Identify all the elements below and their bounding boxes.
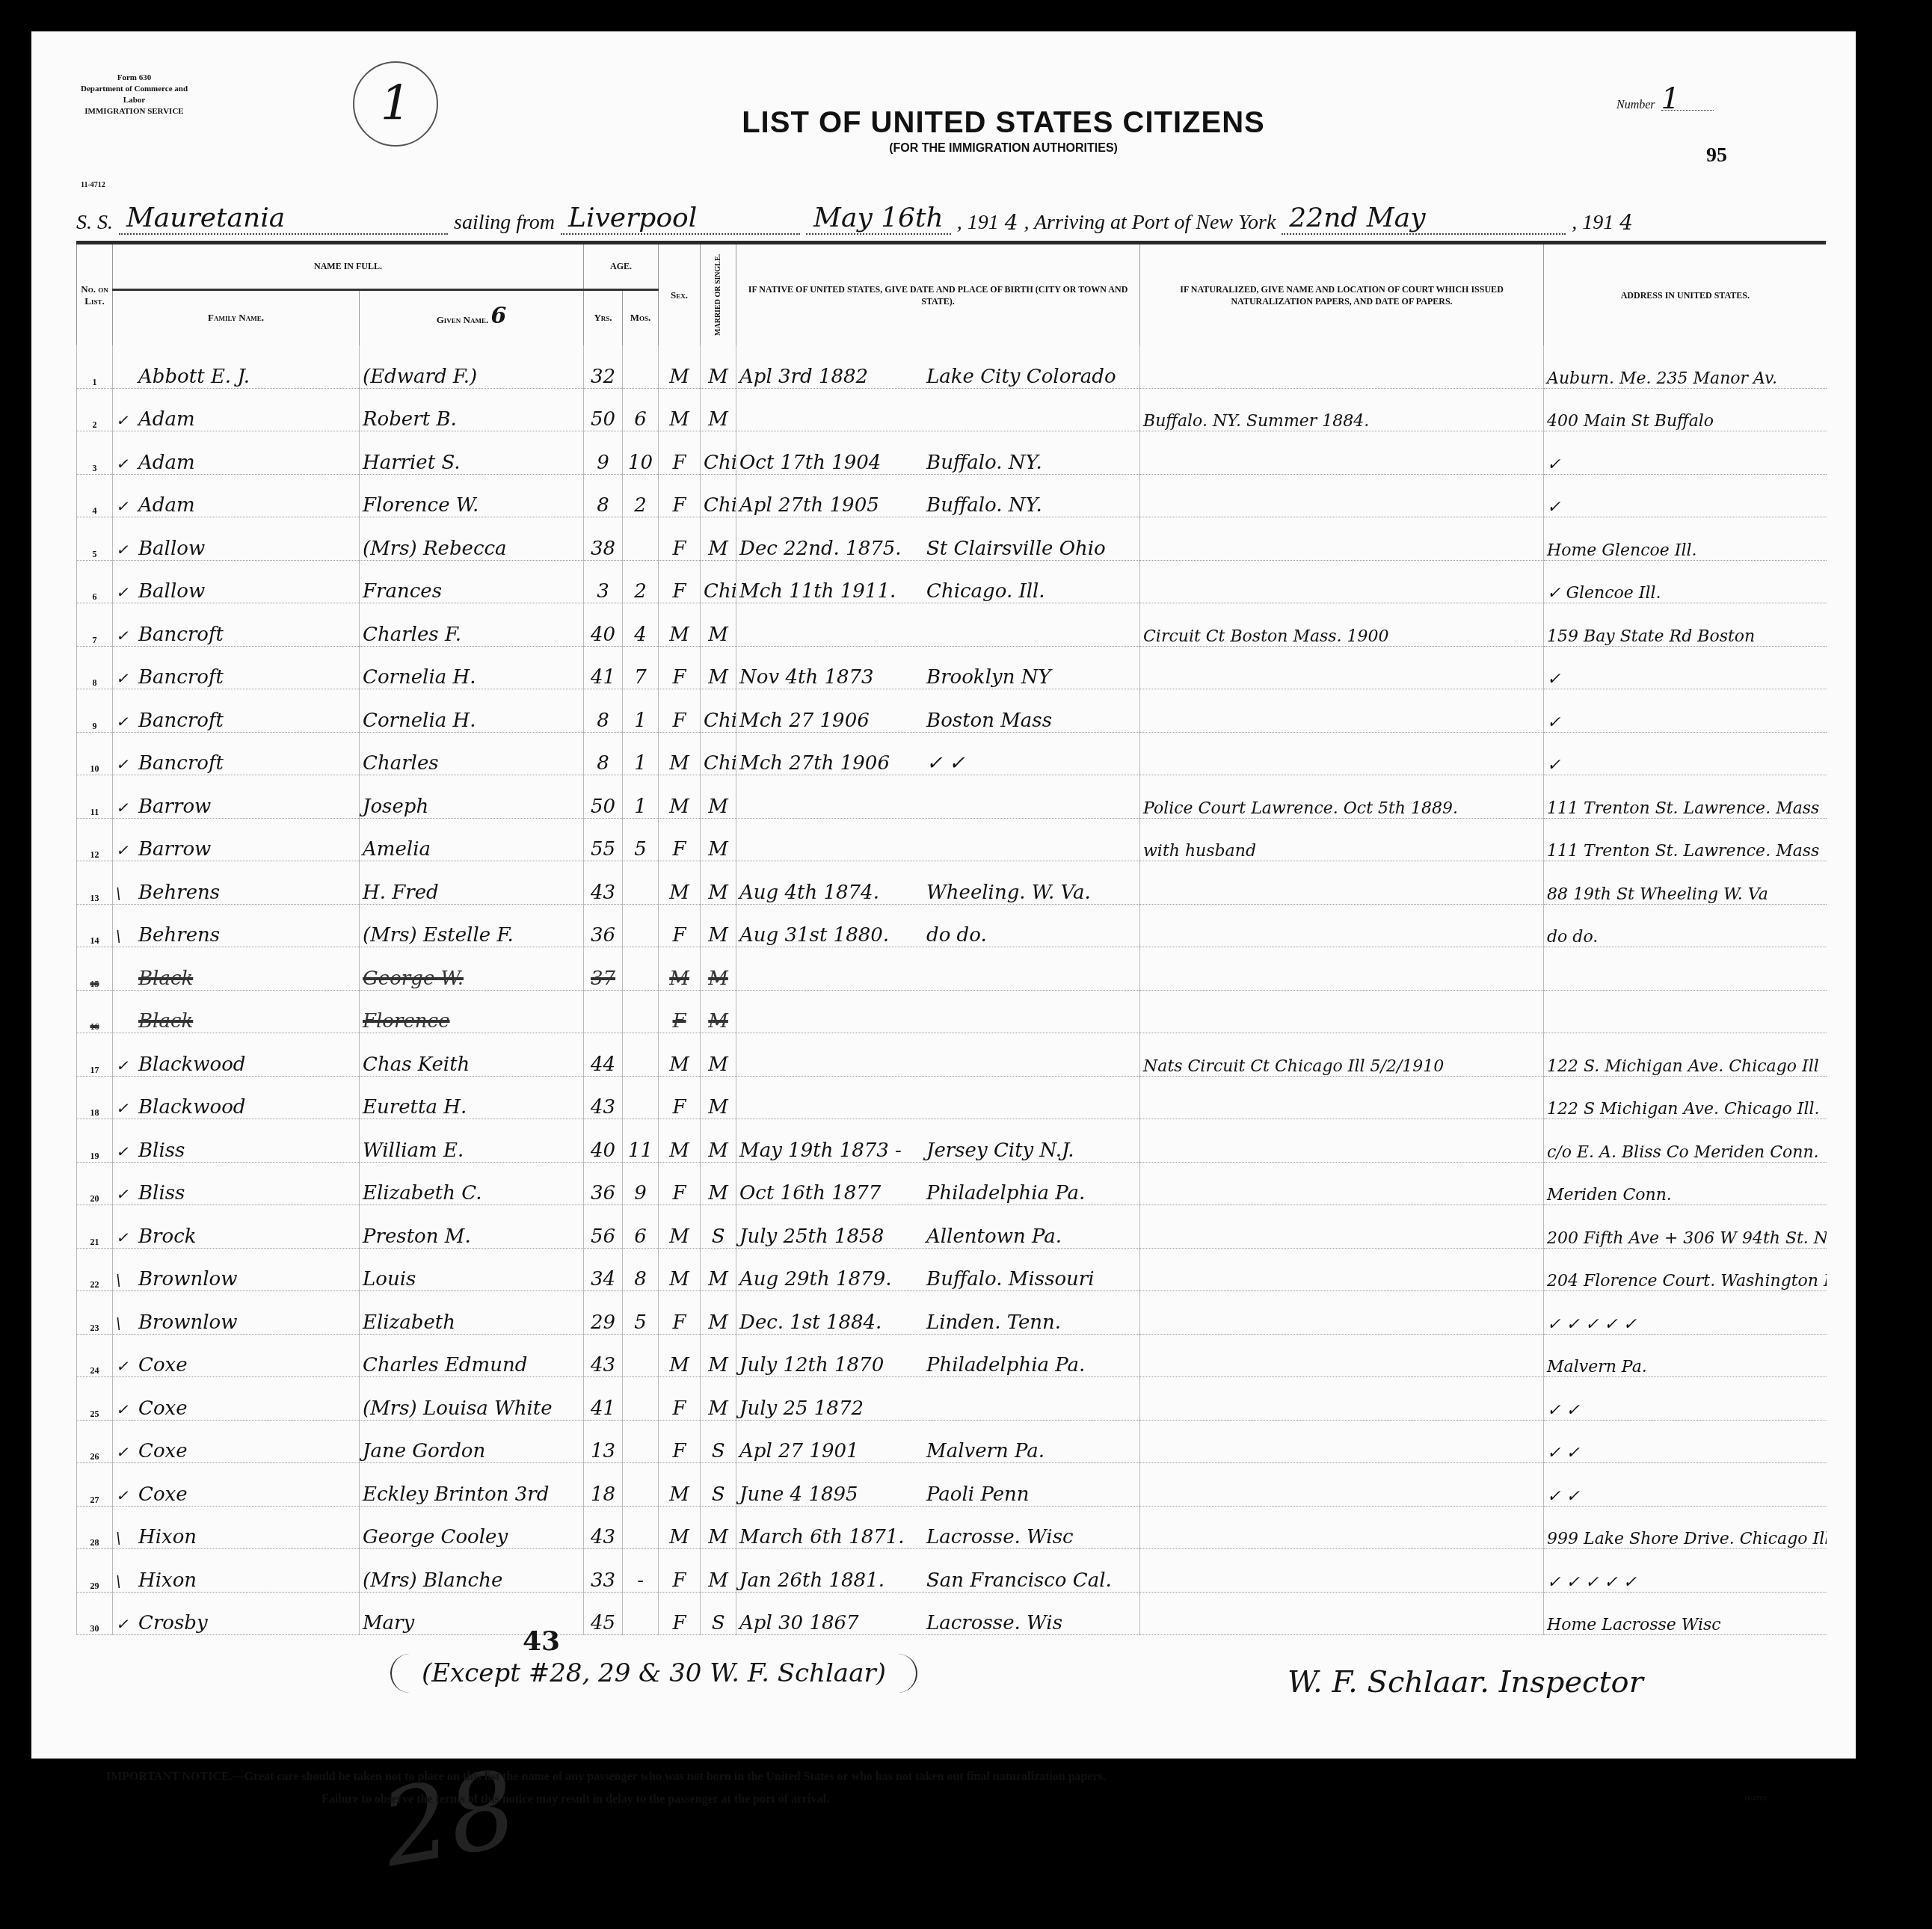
birth-date: July 25th 1858 <box>739 1225 926 1248</box>
cell-family-name: ✓Adam <box>113 474 360 517</box>
cell-row-number: 7 <box>77 603 113 647</box>
cell-row-number: 19 <box>77 1119 113 1163</box>
cell-birth-info: Mch 11th 1911.Chicago. Ill. <box>736 560 1140 603</box>
cell-row-number: 12 <box>77 818 113 861</box>
cell-sex: F <box>659 689 701 733</box>
cell-age-months <box>623 1506 659 1549</box>
cell-sex: M <box>659 345 701 388</box>
cell-marital-status: S <box>701 1592 736 1635</box>
cell-family-name: ✓Bancroft <box>113 646 360 689</box>
list-number-label: Number <box>1616 99 1655 111</box>
cell-naturalization: Circuit Ct Boston Mass. 1900 <box>1140 603 1544 647</box>
birth-date: July 12th 1870 <box>739 1354 926 1376</box>
cell-given-name: Amelia <box>360 818 584 861</box>
birth-place: Lacrosse. Wis <box>926 1612 1062 1634</box>
birth-place: Paoli Penn <box>926 1483 1030 1506</box>
birth-place: do do. <box>926 924 987 947</box>
cell-sex: F <box>659 646 701 689</box>
birth-date: Jan 26th 1881. <box>739 1569 926 1592</box>
cell-marital-status: S <box>701 1420 736 1463</box>
birth-date: Apl 3rd 1882 <box>739 366 926 388</box>
cell-family-name: ✓Blackwood <box>113 1076 360 1119</box>
table-row: 19✓BlissWilliam E.4011MMMay 19th 1873 -J… <box>77 1119 1827 1163</box>
cell-given-name: Joseph <box>360 775 584 819</box>
cell-birth-info: Oct 17th 1904Buffalo. NY. <box>736 431 1140 475</box>
cell-age-months: 7 <box>623 646 659 689</box>
cell-naturalization <box>1140 1162 1544 1205</box>
cell-row-number: 15 <box>77 947 113 991</box>
cell-address: ✓ <box>1544 732 1827 775</box>
birth-date: Nov 4th 1873 <box>739 666 926 689</box>
checkmark-icon: ✓ <box>116 1400 138 1418</box>
cell-age-years: 43 <box>584 1506 623 1549</box>
cell-row-number: 1 <box>77 345 113 388</box>
cell-marital-status: M <box>701 517 736 561</box>
cell-family-name: ✓Barrow <box>113 818 360 861</box>
cell-age-years: 9 <box>584 431 623 475</box>
cell-age-months: 8 <box>623 1248 659 1291</box>
family-name-text: Adam <box>138 408 195 431</box>
family-name-text: Brownlow <box>138 1268 237 1290</box>
cell-row-number: 5 <box>77 517 113 561</box>
birth-place: ✓ ✓ <box>926 752 965 775</box>
checkmark-icon: ✓ <box>116 1099 138 1117</box>
birth-date: March 6th 1871. <box>739 1526 926 1548</box>
family-name-text: Coxe <box>138 1397 188 1420</box>
cell-sex: F <box>659 1549 701 1593</box>
table-row: 17✓BlackwoodChas Keith44MMNats Circuit C… <box>77 1033 1827 1077</box>
cell-age-years: 13 <box>584 1420 623 1463</box>
col-age-mos: Mos. <box>623 289 659 345</box>
cell-naturalization <box>1140 1205 1544 1249</box>
cell-address: Meriden Conn. <box>1544 1162 1827 1205</box>
cell-row-number: 2 <box>77 388 113 431</box>
cell-naturalization <box>1140 1248 1544 1291</box>
cell-age-months: 2 <box>623 474 659 517</box>
table-row: 11✓BarrowJoseph501MMPolice Court Lawrenc… <box>77 775 1827 819</box>
cell-sex: M <box>659 947 701 991</box>
table-row: 22\BrownlowLouis348MMAug 29th 1879.Buffa… <box>77 1248 1827 1291</box>
departure-date: May 16th <box>806 203 951 235</box>
cell-family-name: ✓Ballow <box>113 517 360 561</box>
birth-date: Aug 31st 1880. <box>739 924 926 947</box>
cell-family-name: ✓Bancroft <box>113 689 360 733</box>
family-name-text: Behrens <box>138 882 220 904</box>
sailing-label: sailing from <box>454 211 555 235</box>
cell-sex: F <box>659 1291 701 1335</box>
col-age: Age. <box>584 244 659 289</box>
departure-year-prefix: , 191 <box>957 211 999 235</box>
cell-naturalization <box>1140 345 1544 388</box>
birth-place: Brooklyn NY <box>926 666 1051 689</box>
cell-marital-status: M <box>701 388 736 431</box>
list-number: Number 1 <box>1616 87 1714 112</box>
cell-given-name: Elizabeth <box>360 1291 584 1335</box>
checkmark-icon: \ <box>116 1572 138 1590</box>
family-name-text: Barrow <box>138 796 211 818</box>
family-name-text: Barrow <box>138 838 211 861</box>
cell-birth-info <box>736 947 1140 991</box>
checkmark-icon: ✓ <box>116 755 138 773</box>
cell-age-months <box>623 1334 659 1377</box>
cell-marital-status: M <box>701 345 736 388</box>
cell-address: ✓ ✓ <box>1544 1377 1827 1421</box>
cell-naturalization <box>1140 474 1544 517</box>
cell-given-name: (Edward F.) <box>360 345 584 388</box>
cell-row-number: 18 <box>77 1076 113 1119</box>
cell-given-name: Louis <box>360 1248 584 1291</box>
cell-marital-status: M <box>701 904 736 947</box>
cell-address: ✓ <box>1544 431 1827 475</box>
cell-age-years: 44 <box>584 1033 623 1077</box>
cell-address: 88 19th St Wheeling W. Va <box>1544 861 1827 905</box>
cell-age-months <box>623 1377 659 1421</box>
cell-given-name: Florence W. <box>360 474 584 517</box>
cell-row-number: 29 <box>77 1549 113 1593</box>
cell-age-months <box>623 1592 659 1635</box>
cell-address <box>1544 947 1827 991</box>
cell-address: ✓ <box>1544 689 1827 733</box>
cell-naturalization: with husband <box>1140 818 1544 861</box>
cell-address: ✓ ✓ ✓ ✓ ✓ <box>1544 1291 1827 1335</box>
birth-place: Allentown Pa. <box>926 1225 1062 1248</box>
table-row: 24✓CoxeCharles Edmund43MMJuly 12th 1870P… <box>77 1334 1827 1377</box>
cell-family-name: Black <box>113 990 360 1033</box>
cell-marital-status: S <box>701 1205 736 1249</box>
checkmark-icon: \ <box>116 884 138 902</box>
cell-birth-info: Aug 29th 1879.Buffalo. Missouri <box>736 1248 1140 1291</box>
cell-family-name: \Hixon <box>113 1549 360 1593</box>
checkmark-icon: ✓ <box>116 1357 138 1375</box>
family-name-text: Adam <box>138 494 195 517</box>
cell-row-number: 6 <box>77 560 113 603</box>
cell-naturalization <box>1140 1334 1544 1377</box>
cell-age-years: 36 <box>584 904 623 947</box>
cell-naturalization <box>1140 1463 1544 1507</box>
family-name-text: Brownlow <box>138 1311 237 1334</box>
cell-birth-info <box>736 818 1140 861</box>
cell-sex: M <box>659 1033 701 1077</box>
cell-sex: F <box>659 818 701 861</box>
cell-birth-info <box>736 603 1140 647</box>
checkmark-icon: ✓ <box>116 455 138 473</box>
cell-age-months <box>623 345 659 388</box>
family-name-text: Bliss <box>138 1182 185 1205</box>
ship-name: Mauretania <box>119 203 448 235</box>
cell-row-number: 26 <box>77 1420 113 1463</box>
birth-date: Aug 4th 1874. <box>739 882 926 904</box>
cell-marital-status: M <box>701 646 736 689</box>
birth-date: Dec. 1st 1884. <box>739 1311 926 1334</box>
cell-naturalization <box>1140 646 1544 689</box>
cell-sex: F <box>659 474 701 517</box>
table-row: 23\BrownlowElizabeth295FMDec. 1st 1884.L… <box>77 1291 1827 1335</box>
cell-address <box>1544 990 1827 1033</box>
checkmark-icon: \ <box>116 1314 138 1332</box>
cell-given-name: Florence <box>360 990 584 1033</box>
table-row: 15BlackGeorge W.37MM <box>77 947 1827 991</box>
cell-naturalization <box>1140 1377 1544 1421</box>
cell-marital-status: Child <box>701 474 736 517</box>
cell-age-months <box>623 861 659 905</box>
cell-age-years: 3 <box>584 560 623 603</box>
cell-row-number: 28 <box>77 1506 113 1549</box>
birth-date: Apl 27 1901 <box>739 1440 926 1462</box>
family-name-text: Brock <box>138 1225 197 1248</box>
cell-row-number: 9 <box>77 689 113 733</box>
cell-age-years: 50 <box>584 388 623 431</box>
cell-marital-status: S <box>701 1463 736 1507</box>
cell-given-name: Charles Edmund <box>360 1334 584 1377</box>
cell-row-number: 21 <box>77 1205 113 1249</box>
departure-port: Liverpool <box>561 203 800 235</box>
birth-place: Lake City Colorado <box>926 366 1116 388</box>
exception-note: 43 (Except #28, 29 & 30 W. F. Schlaar) <box>390 1654 917 1693</box>
cell-family-name: ✓Coxe <box>113 1463 360 1507</box>
cell-given-name: Charles F. <box>360 603 584 647</box>
cell-family-name: ✓Bliss <box>113 1162 360 1205</box>
col-married-or-single: Married or Single. <box>701 244 736 345</box>
cell-birth-info: Jan 26th 1881.San Francisco Cal. <box>736 1549 1140 1593</box>
cell-marital-status: M <box>701 1291 736 1335</box>
cell-age-years: 45 <box>584 1592 623 1635</box>
cell-age-months <box>623 1420 659 1463</box>
family-name-text: Bancroft <box>138 624 224 646</box>
cell-age-months: 11 <box>623 1119 659 1163</box>
cell-naturalization <box>1140 560 1544 603</box>
cell-naturalization <box>1140 947 1544 991</box>
table-row: 1Abbott E. J.(Edward F.)32MMApl 3rd 1882… <box>77 345 1827 388</box>
cell-sex: F <box>659 431 701 475</box>
cell-marital-status: M <box>701 603 736 647</box>
cell-family-name: ✓Brock <box>113 1205 360 1249</box>
cell-age-months: 4 <box>623 603 659 647</box>
cell-family-name: \Behrens <box>113 904 360 947</box>
cell-row-number: 24 <box>77 1334 113 1377</box>
voyage-line: S. S. Mauretania sailing from Liverpool … <box>76 194 1818 235</box>
birth-date: Oct 17th 1904 <box>739 452 926 474</box>
birth-place: Philadelphia Pa. <box>926 1354 1085 1376</box>
birth-date: June 4 1895 <box>739 1483 926 1506</box>
table-row: 14\Behrens(Mrs) Estelle F.36FMAug 31st 1… <box>77 904 1827 947</box>
table-row: 2✓AdamRobert B.506MMBuffalo. NY. Summer … <box>77 388 1827 431</box>
cell-sex: M <box>659 1119 701 1163</box>
family-name-text: Blackwood <box>138 1096 245 1119</box>
cell-row-number: 25 <box>77 1377 113 1421</box>
cell-age-years: 29 <box>584 1291 623 1335</box>
family-name-text: Black <box>138 1010 193 1033</box>
cell-family-name: \Behrens <box>113 861 360 905</box>
cell-age-years: 40 <box>584 603 623 647</box>
cell-naturalization <box>1140 1119 1544 1163</box>
cell-family-name: ✓Blackwood <box>113 1033 360 1077</box>
table-row: 29\Hixon(Mrs) Blanche33-FMJan 26th 1881.… <box>77 1549 1827 1593</box>
cell-age-months <box>623 1076 659 1119</box>
family-name-text: Coxe <box>138 1440 188 1462</box>
cell-row-number: 17 <box>77 1033 113 1077</box>
cell-marital-status: M <box>701 1076 736 1119</box>
cell-naturalization: Buffalo. NY. Summer 1884. <box>1140 388 1544 431</box>
cell-address: ✓ <box>1544 646 1827 689</box>
checkmark-icon: ✓ <box>116 541 138 559</box>
cell-family-name: ✓Bliss <box>113 1119 360 1163</box>
birth-date: Mch 27th 1906 <box>739 752 926 775</box>
cell-birth-info: July 25th 1858Allentown Pa. <box>736 1205 1140 1249</box>
cell-given-name: Euretta H. <box>360 1076 584 1119</box>
checkmark-icon: \ <box>116 1271 138 1289</box>
cell-birth-info: Aug 4th 1874.Wheeling. W. Va. <box>736 861 1140 905</box>
cell-given-name: George W. <box>360 947 584 991</box>
table-row: 25✓Coxe(Mrs) Louisa White41FMJuly 25 187… <box>77 1377 1827 1421</box>
cell-given-name: (Mrs) Rebecca <box>360 517 584 561</box>
cell-naturalization <box>1140 1549 1544 1593</box>
cell-given-name: George Cooley <box>360 1506 584 1549</box>
cell-age-years: 8 <box>584 732 623 775</box>
checkmark-icon: ✓ <box>116 1486 138 1504</box>
checkmark-icon: ✓ <box>116 799 138 816</box>
document-title: LIST OF UNITED STATES CITIZENS <box>31 106 1856 140</box>
cell-marital-status: M <box>701 947 736 991</box>
birth-date: Mch 11th 1911. <box>739 580 926 603</box>
family-name-text: Abbott E. J. <box>138 366 250 388</box>
cell-naturalization: Nats Circuit Ct Chicago Ill 5/2/1910 <box>1140 1033 1544 1077</box>
inspector-signature: W. F. Schlaar. Inspector <box>1288 1665 1643 1699</box>
cell-row-number: 23 <box>77 1291 113 1335</box>
cell-given-name: (Mrs) Louisa White <box>360 1377 584 1421</box>
birth-place: San Francisco Cal. <box>926 1569 1112 1592</box>
cell-marital-status: M <box>701 1334 736 1377</box>
table-row: 5✓Ballow(Mrs) Rebecca38FMDec 22nd. 1875.… <box>77 517 1827 561</box>
family-name-text: Behrens <box>138 924 220 947</box>
cell-age-months: 5 <box>623 1291 659 1335</box>
col-native-birth: If native of United States, give date an… <box>736 244 1140 345</box>
birth-place: Buffalo. NY. <box>926 494 1042 517</box>
page-number: 95 <box>1706 144 1727 167</box>
cell-age-years: 33 <box>584 1549 623 1593</box>
cell-address: ✓ Glencoe Ill. <box>1544 560 1827 603</box>
table-row: 10✓BancroftCharles81MChildMch 27th 1906✓… <box>77 732 1827 775</box>
cell-birth-info: March 6th 1871.Lacrosse. Wisc <box>736 1506 1140 1549</box>
cell-naturalization <box>1140 904 1544 947</box>
cell-age-years: 40 <box>584 1119 623 1163</box>
notice-code: 11-4712 <box>1744 1787 1766 1809</box>
cell-family-name: ✓Coxe <box>113 1420 360 1463</box>
cell-family-name: ✓Adam <box>113 388 360 431</box>
birth-place: Philadelphia Pa. <box>926 1182 1085 1205</box>
cell-age-years: 56 <box>584 1205 623 1249</box>
cell-given-name: Frances <box>360 560 584 603</box>
cell-age-years <box>584 990 623 1033</box>
cell-age-months <box>623 517 659 561</box>
cell-address: 122 S. Michigan Ave. Chicago Ill <box>1544 1033 1827 1077</box>
cell-birth-info <box>736 990 1140 1033</box>
cell-age-years: 55 <box>584 818 623 861</box>
table-row: 30✓CrosbyMary45FSApl 30 1867Lacrosse. Wi… <box>77 1592 1827 1635</box>
family-name-text: Bancroft <box>138 710 224 732</box>
cell-age-months: 1 <box>623 775 659 819</box>
cell-marital-status: M <box>701 1162 736 1205</box>
cell-sex: F <box>659 1076 701 1119</box>
cell-family-name: Abbott E. J. <box>113 345 360 388</box>
table-row: 26✓CoxeJane Gordon13FSApl 27 1901Malvern… <box>77 1420 1827 1463</box>
cell-row-number: 27 <box>77 1463 113 1507</box>
birth-date: Apl 27th 1905 <box>739 494 926 517</box>
table-row: 3✓AdamHarriet S.910FChildOct 17th 1904Bu… <box>77 431 1827 475</box>
family-name-text: Hixon <box>138 1526 197 1548</box>
cell-marital-status: Child <box>701 732 736 775</box>
cell-address: ✓ ✓ <box>1544 1420 1827 1463</box>
cell-marital-status: Child <box>701 689 736 733</box>
cell-age-years: 41 <box>584 646 623 689</box>
cell-address: do do. <box>1544 904 1827 947</box>
cell-birth-info: Nov 4th 1873Brooklyn NY <box>736 646 1140 689</box>
family-name-text: Coxe <box>138 1483 188 1506</box>
table-row: 9✓BancroftCornelia H.81FChildMch 27 1906… <box>77 689 1827 733</box>
cell-naturalization <box>1140 689 1544 733</box>
birth-place: Buffalo. NY. <box>926 452 1042 474</box>
arrival-year-suffix: 4 <box>1619 210 1633 235</box>
cell-family-name: ✓Ballow <box>113 560 360 603</box>
cell-age-years: 32 <box>584 345 623 388</box>
checkmark-icon: ✓ <box>116 1615 138 1633</box>
cell-given-name: Eckley Brinton 3rd <box>360 1463 584 1507</box>
cell-age-years: 43 <box>584 861 623 905</box>
cell-given-name: Charles <box>360 732 584 775</box>
family-name-text: Hixon <box>138 1569 197 1592</box>
col-naturalized: If naturalized, give name and location o… <box>1140 244 1544 345</box>
cell-birth-info: Dec. 1st 1884.Linden. Tenn. <box>736 1291 1140 1335</box>
cell-row-number: 30 <box>77 1592 113 1635</box>
cell-age-years: 43 <box>584 1076 623 1119</box>
cell-birth-info <box>736 1076 1140 1119</box>
checkmark-icon: ✓ <box>116 411 138 429</box>
table-row: 20✓BlissElizabeth C.369FMOct 16th 1877Ph… <box>77 1162 1827 1205</box>
birth-place: St Clairsville Ohio <box>926 538 1106 560</box>
cell-age-years: 34 <box>584 1248 623 1291</box>
cell-row-number: 20 <box>77 1162 113 1205</box>
table-row: 28\HixonGeorge Cooley43MMMarch 6th 1871.… <box>77 1506 1827 1549</box>
birth-date: Aug 29th 1879. <box>739 1268 926 1290</box>
table-row: 21✓BrockPreston M.566MSJuly 25th 1858All… <box>77 1205 1827 1249</box>
family-name-text: Coxe <box>138 1354 188 1376</box>
cell-address: 999 Lake Shore Drive. Chicago Ill <box>1544 1506 1827 1549</box>
family-name-text: Crosby <box>138 1612 208 1634</box>
cell-age-years: 36 <box>584 1162 623 1205</box>
cell-given-name: Chas Keith <box>360 1033 584 1077</box>
cell-birth-info: July 12th 1870Philadelphia Pa. <box>736 1334 1140 1377</box>
birth-date: Mch 27 1906 <box>739 710 926 732</box>
table-row: 7✓BancroftCharles F.404MMCircuit Ct Bost… <box>77 603 1827 647</box>
checkmark-icon: ✓ <box>116 627 138 644</box>
family-name-text: Adam <box>138 452 195 474</box>
birth-date: May 19th 1873 - <box>739 1139 926 1162</box>
cell-naturalization <box>1140 732 1544 775</box>
family-name-text: Black <box>138 967 193 990</box>
cell-family-name: ✓Bancroft <box>113 732 360 775</box>
checkmark-icon: ✓ <box>116 1185 138 1203</box>
cell-address: 111 Trenton St. Lawrence. Mass <box>1544 775 1827 819</box>
manifest-sheet: Form 630 Department of Commerce and Labo… <box>31 31 1856 1759</box>
cell-birth-info: Apl 27th 1905Buffalo. NY. <box>736 474 1140 517</box>
cell-address: Auburn. Me. 235 Manor Av. <box>1544 345 1827 388</box>
cell-marital-status: M <box>701 861 736 905</box>
checkmark-icon: ✓ <box>116 1228 138 1246</box>
cell-address: Home Lacrosse Wisc <box>1544 1592 1827 1635</box>
cell-sex: F <box>659 990 701 1033</box>
cell-row-number: 8 <box>77 646 113 689</box>
cell-birth-info: Apl 27 1901Malvern Pa. <box>736 1420 1140 1463</box>
checkmark-icon: ✓ <box>116 1443 138 1461</box>
